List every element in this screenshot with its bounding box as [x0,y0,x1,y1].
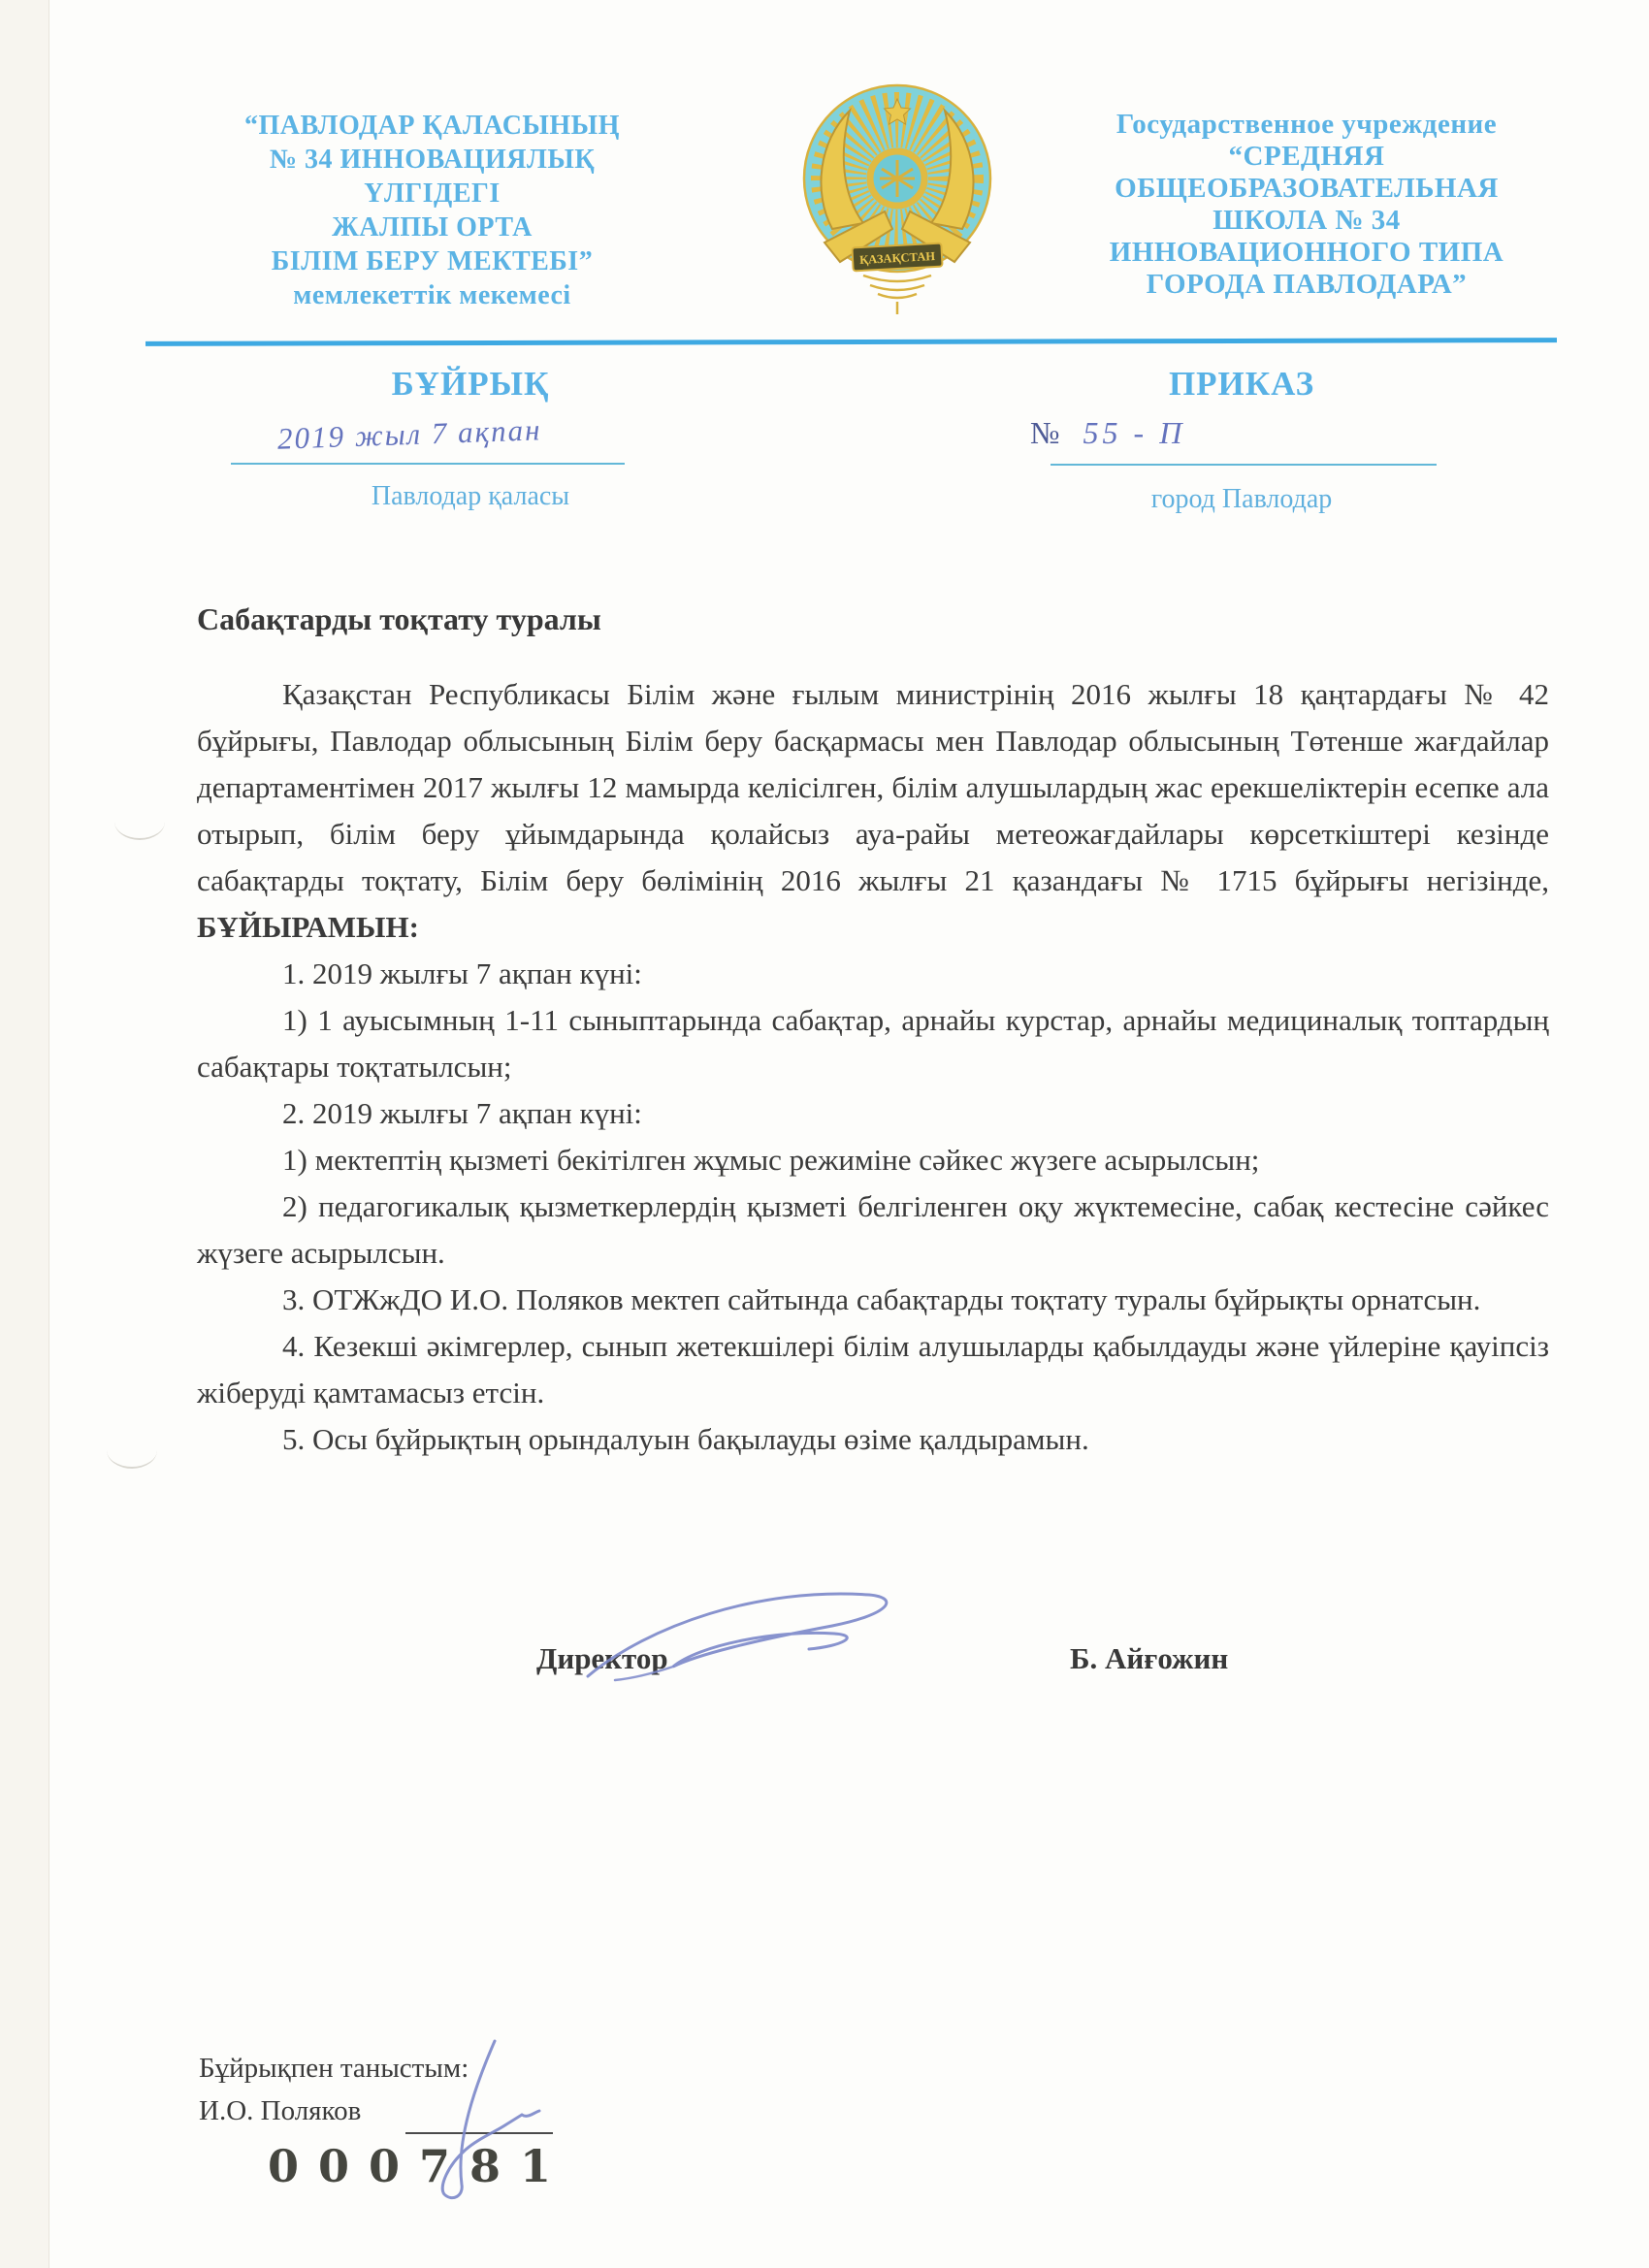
document-body: Қазақстан Республикасы Білім және ғылым … [197,671,1549,1463]
intro-paragraph: Қазақстан Республикасы Білім және ғылым … [197,671,1549,951]
org-name-kk-line: № 34 ИННОВАЦИЯЛЫҚ [178,143,687,177]
org-name-ru-line: ГОРОДА ПАВЛОДАРА” [1040,269,1573,301]
document-subject: Сабақтарды тоқтату туралы [197,601,601,637]
org-name-ru-line: ОБЩЕОБРАЗОВАТЕЛЬНАЯ [1040,173,1573,205]
kazakhstan-emblem-icon: ҚАЗАҚСТАН [797,81,997,320]
org-name-russian: Государственное учреждение “СРЕДНЯЯ ОБЩЕ… [1040,109,1573,301]
director-name: Б. Айғожин [1070,1641,1228,1676]
order-item: 4. Кезекші әкімгерлер, сынып жетекшілері… [197,1323,1549,1416]
intro-text: Қазақстан Республикасы Білім және ғылым … [197,677,1549,897]
director-signature [578,1575,916,1694]
city-russian: город Павлодар [970,484,1513,515]
scan-artifact [107,1432,157,1469]
document-page: “ПАВЛОДАР ҚАЛАСЫНЫҢ № 34 ИННОВАЦИЯЛЫҚ ҮЛ… [0,0,1649,2268]
org-name-ru-line: ШКОЛА № 34 [1040,205,1573,237]
date-underline [231,463,625,465]
acknowledged-by-name: И.О. Поляков [199,2095,361,2127]
number-underline [1051,464,1437,466]
number-sign: № [1030,415,1060,450]
scan-edge-strip [0,0,49,2268]
org-name-kk-line: “ПАВЛОДАР ҚАЛАСЫНЫҢ [178,109,687,143]
serial-number-stamp: 000781 [268,2140,570,2192]
order-heading-russian: ПРИКАЗ [970,365,1513,404]
order-item: 5. Осы бұйрықтың орындалуын бақылауды өз… [197,1416,1549,1463]
order-item: 3. ОТЖжДО И.О. Поляков мектеп сайтында с… [197,1277,1549,1323]
order-item: 2. 2019 жылғы 7 ақпан күні: [197,1090,1549,1137]
order-item: 1) мектептің қызметі бекітілген жұмыс ре… [197,1137,1549,1183]
order-item: 1. 2019 жылғы 7 ақпан күні: [197,951,1549,997]
org-name-ru-line: ИННОВАЦИОННОГО ТИПА [1040,237,1573,269]
handwritten-order-number: 55 - П [1083,415,1186,450]
order-number: №55 - П [1030,415,1185,451]
order-heading-kazakh: БҰЙРЫҚ [199,365,742,404]
order-item: 2) педагогикалық қызметкерлердің қызметі… [197,1183,1549,1277]
order-item: 1) 1 ауысымның 1-11 сыныптарында сабақта… [197,997,1549,1090]
handwritten-date: 2019 жыл 7 ақпан [276,412,542,456]
org-name-kazakh: “ПАВЛОДАР ҚАЛАСЫНЫҢ № 34 ИННОВАЦИЯЛЫҚ ҮЛ… [178,109,687,312]
org-name-ru-line: “СРЕДНЯЯ [1040,141,1573,173]
city-kazakh: Павлодар қаласы [199,481,742,512]
org-name-ru-line: Государственное учреждение [1040,109,1573,141]
scan-artifact [114,803,165,840]
letterhead-divider [145,338,1557,346]
org-name-kk-line: ЖАЛПЫ ОРТА [178,211,687,244]
order-verb: БҰЙЫРАМЫН: [197,910,419,944]
org-name-kk-line: БІЛІМ БЕРУ МЕКТЕБІ” [178,244,687,278]
org-name-kk-line: ҮЛГІДЕГІ [178,177,687,211]
org-name-kk-line: мемлекеттік мекемесі [178,278,687,312]
